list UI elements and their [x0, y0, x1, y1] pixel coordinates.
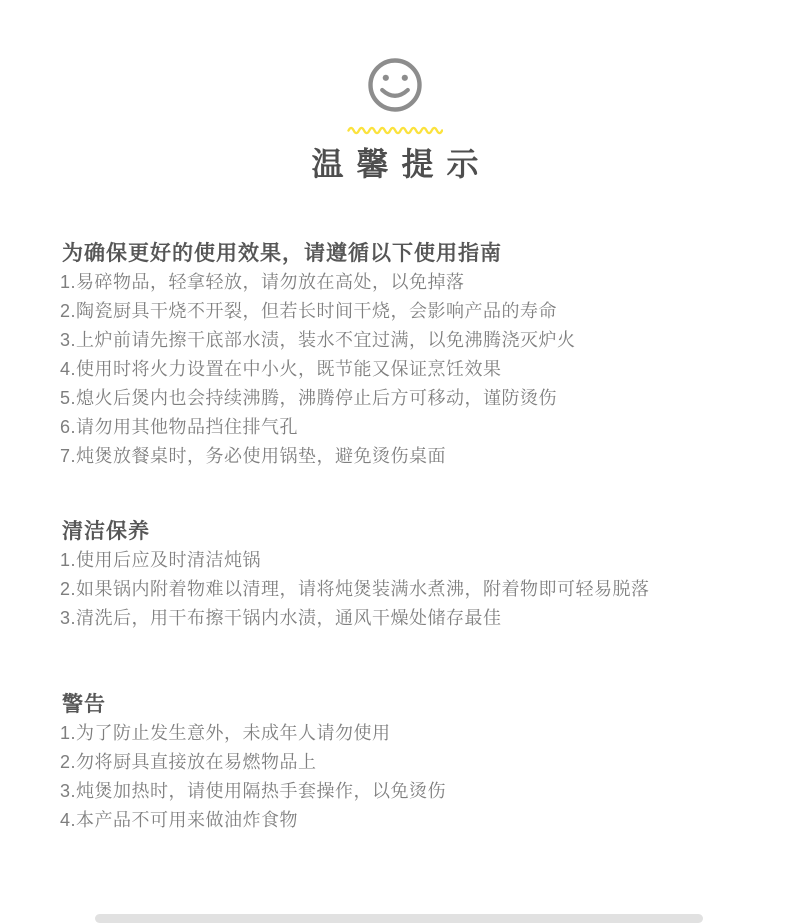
cleaning-care-heading: 清洁保养: [62, 518, 790, 546]
list-item: 5.熄火后煲内也会持续沸腾，沸腾停止后方可移动，谨防烫伤: [60, 384, 790, 413]
list-item: 1.为了防止发生意外，未成年人请勿使用: [60, 719, 790, 748]
usage-guide-heading: 为确保更好的使用效果，请遵循以下使用指南: [62, 240, 790, 268]
squiggle-icon: [347, 123, 443, 135]
list-item: 3.清洗后，用干布擦干锅内水渍，通风干燥处储存最佳: [60, 604, 790, 633]
section-divider-bar: [95, 914, 703, 923]
page-title: 温馨提示: [0, 144, 790, 184]
list-item: 3.上炉前请先擦干底部水渍，装水不宜过满，以免沸腾浇灭炉火: [60, 326, 790, 355]
cleaning-care-list: 1.使用后应及时清洁炖锅 2.如果锅内附着物难以清理，请将炖煲装满水煮沸，附着物…: [60, 546, 790, 633]
list-item: 2.勿将厨具直接放在易燃物品上: [60, 748, 790, 777]
smiley-face-icon: [368, 58, 422, 112]
list-item: 2.如果锅内附着物难以清理，请将炖煲装满水煮沸，附着物即可轻易脱落: [60, 575, 790, 604]
list-item: 1.使用后应及时清洁炖锅: [60, 546, 790, 575]
yellow-squiggle-divider: [0, 123, 790, 135]
list-item: 7.炖煲放餐桌时，务必使用锅垫，避免烫伤桌面: [60, 442, 790, 471]
list-item: 4.使用时将火力设置在中小火，既节能又保证烹饪效果: [60, 355, 790, 384]
warning-heading: 警告: [62, 691, 790, 719]
list-item: 3.炖煲加热时，请使用隔热手套操作，以免烫伤: [60, 777, 790, 806]
list-item: 4.本产品不可用来做油炸食物: [60, 806, 790, 835]
warning-list: 1.为了防止发生意外，未成年人请勿使用 2.勿将厨具直接放在易燃物品上 3.炖煲…: [60, 719, 790, 835]
tips-panel: 温馨提示 为确保更好的使用效果，请遵循以下使用指南 1.易碎物品，轻拿轻放，请勿…: [0, 0, 790, 924]
list-item: 6.请勿用其他物品挡住排气孔: [60, 413, 790, 442]
list-item: 2.陶瓷厨具干烧不开裂，但若长时间干烧，会影响产品的寿命: [60, 297, 790, 326]
list-item: 1.易碎物品，轻拿轻放，请勿放在高处，以免掉落: [60, 268, 790, 297]
usage-guide-list: 1.易碎物品，轻拿轻放，请勿放在高处，以免掉落 2.陶瓷厨具干烧不开裂，但若长时…: [60, 268, 790, 471]
header-icon-area: [0, 0, 790, 112]
